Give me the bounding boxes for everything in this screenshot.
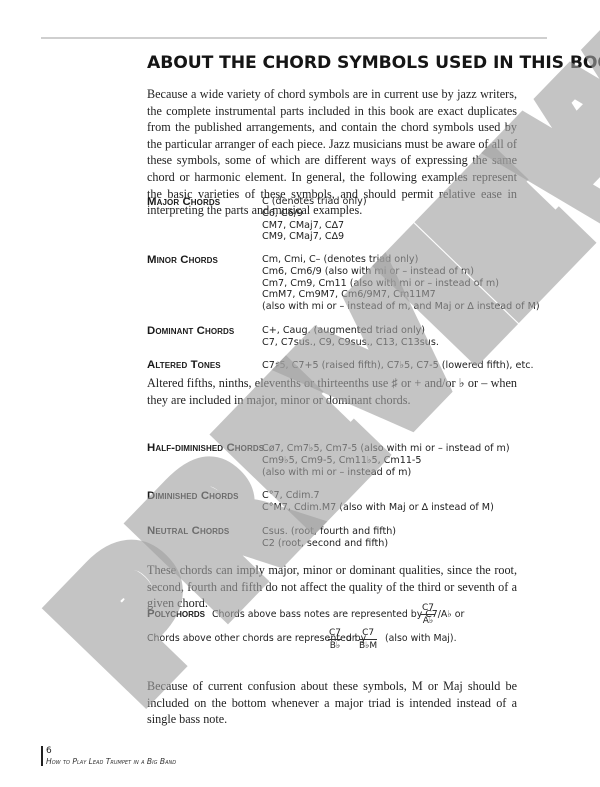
page-number: 6: [46, 746, 52, 756]
chord-line: (also with mi or – instead of m): [262, 467, 510, 479]
major-chords-list: C (denotes triad only) C6, C6/9 CM7, CMa…: [262, 196, 367, 243]
chord-line: (also with mi or – instead of m, and Maj…: [262, 301, 540, 313]
dominant-chords-list: C+, Caug. (augmented triad only) C7, C7s…: [262, 325, 439, 349]
polychords-line-2-end: (also with Maj).: [385, 633, 457, 644]
chord-line: C (denotes triad only): [262, 196, 367, 208]
polychords-or: or: [346, 633, 356, 644]
chord-line: Cm7, Cm9, Cm11 (also with mi or – instea…: [262, 278, 540, 290]
chord-line: C°M7, Cdim.M7 (also with Maj or ∆ instea…: [262, 502, 494, 514]
chord-line: Csus. (root, fourth and fifth): [262, 526, 396, 538]
chord-line: C2 (root, second and fifth): [262, 538, 396, 550]
chord-line: CmM7, Cm9M7, Cm6/9M7, Cm11M7: [262, 289, 540, 301]
altered-tones-list: C7♯5, C7+5 (raised fifth), C7♭5, C7-5 (l…: [262, 360, 534, 372]
chord-line: CM7, CMaj7, C∆7: [262, 220, 367, 232]
dominant-chords-label: Dominant Chords: [147, 325, 234, 337]
neutral-chords-list: Csus. (root, fourth and fifth) C2 (root,…: [262, 526, 396, 550]
chord-line: C+, Caug. (augmented triad only): [262, 325, 439, 337]
half-diminished-label: Half-diminished Chords: [147, 442, 264, 454]
altered-tones-label: Altered Tones: [147, 359, 221, 371]
footer-bar: [41, 746, 43, 766]
chord-line: C7, C7sus., C9, C9sus., C13, C13sus.: [262, 337, 439, 349]
diminished-list: C°7, Cdim.7 C°M7, Cdim.M7 (also with Maj…: [262, 490, 494, 514]
chord-line: Cm6, Cm6/9 (also with mi or – instead of…: [262, 266, 540, 278]
altered-note-paragraph: Altered fifths, ninths, elevenths or thi…: [147, 375, 517, 408]
neutral-chords-label: Neutral Chords: [147, 525, 229, 537]
fraction-c7-over-ab: C7 A♭: [421, 603, 435, 627]
major-chords-label: Major Chords: [147, 196, 220, 208]
diminished-label: Diminished Chords: [147, 490, 239, 502]
half-diminished-list: Cø7, Cm7♭5, Cm7-5 (also with mi or – ins…: [262, 443, 510, 478]
page-title: ABOUT THE CHORD SYMBOLS USED IN THIS BOO…: [147, 53, 600, 73]
neutral-note-paragraph: These chords can imply major, minor or d…: [147, 562, 517, 612]
chord-line: C6, C6/9: [262, 208, 367, 220]
final-note-paragraph: Because of current confusion about these…: [147, 678, 517, 728]
minor-chords-list: Cm, Cmi, C– (denotes triad only) Cm6, Cm…: [262, 254, 540, 313]
header-rule: [41, 37, 547, 39]
running-title: How to Play Lead Trumpet in a Big Band: [46, 757, 176, 766]
fraction-c7-over-bb: C7 B♭: [328, 628, 342, 652]
chord-line: C7♯5, C7+5 (raised fifth), C7♭5, C7-5 (l…: [262, 360, 534, 372]
chord-line: Cm, Cmi, C– (denotes triad only): [262, 254, 540, 266]
chord-line: CM9, CMaj7, C∆9: [262, 231, 367, 243]
fraction-c7-over-bbm: C7 B♭M: [359, 628, 377, 652]
chord-line: Cm9♭5, Cm9-5, Cm11♭5, Cm11-5: [262, 455, 510, 467]
chord-line: Cø7, Cm7♭5, Cm7-5 (also with mi or – ins…: [262, 443, 510, 455]
polychords-label: Polychords: [147, 608, 205, 620]
chord-line: C°7, Cdim.7: [262, 490, 494, 502]
minor-chords-label: Minor Chords: [147, 254, 218, 266]
